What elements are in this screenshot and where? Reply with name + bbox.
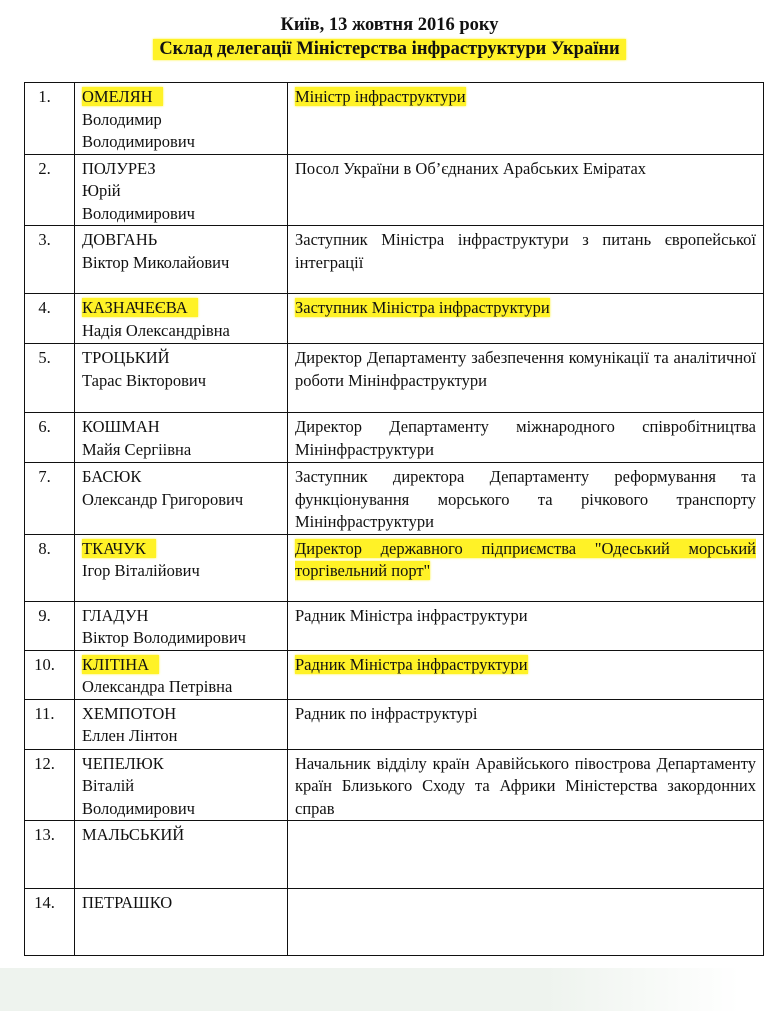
position-cell: Радник Міністра інфраструктури <box>288 601 764 650</box>
person-given-name: Майя Сергіівна <box>82 439 280 462</box>
table-row: 6.КОШМАНМайя СергіівнаДиректор Департаме… <box>25 413 764 463</box>
person-surname: МАЛЬСЬКИЙ <box>82 825 184 844</box>
position-cell <box>288 821 764 889</box>
position-text: Посол України в Об’єднаних Арабських Емі… <box>295 159 646 178</box>
person-name-cell: КАЗНАЧЕЄВАНадія Олександрівна <box>75 294 288 344</box>
person-surname: ДОВГАНЬ <box>82 230 157 249</box>
person-surname: ОМЕЛЯН <box>82 87 163 106</box>
row-number: 5. <box>25 344 75 413</box>
person-name-cell: ХЕМПОТОНЕллен Лінтон <box>75 699 288 749</box>
position-text: Радник Міністра інфраструктури <box>295 606 528 625</box>
position-cell: Радник Міністра інфраструктури <box>288 650 764 699</box>
person-given-name: Надія Олександрівна <box>82 320 280 343</box>
table-row: 8.ТКАЧУКІгор ВіталійовичДиректор державн… <box>25 534 764 601</box>
person-given-name: Віталій <box>82 775 280 798</box>
person-name-cell: ТРОЦЬКИЙТарас Вікторович <box>75 344 288 413</box>
person-surname: КОШМАН <box>82 417 160 436</box>
person-surname: ТКАЧУК <box>82 539 156 558</box>
person-name-cell: БАСЮКОлександр Григорович <box>75 463 288 535</box>
person-name-cell: ПЕТРАШКО <box>75 889 288 956</box>
position-text: Заступник директора Департаменту реформу… <box>295 467 756 531</box>
position-text: Радник по інфраструктурі <box>295 704 477 723</box>
person-surname: ХЕМПОТОН <box>82 704 176 723</box>
row-number: 8. <box>25 534 75 601</box>
person-surname: КАЗНАЧЕЄВА <box>82 298 198 317</box>
person-given-name: Володимир <box>82 109 280 132</box>
position-cell <box>288 889 764 956</box>
table-row: 9.ГЛАДУНВіктор ВолодимировичРадник Мініс… <box>25 601 764 650</box>
row-number: 11. <box>25 699 75 749</box>
person-surname: ТРОЦЬКИЙ <box>82 348 170 367</box>
position-text: Директор Департаменту забезпечення комун… <box>295 348 756 390</box>
row-number: 2. <box>25 154 75 226</box>
person-name-cell: ГЛАДУНВіктор Володимирович <box>75 601 288 650</box>
position-text: Начальник відділу країн Аравійського пів… <box>295 754 756 818</box>
document-date-line: Київ, 13 жовтня 2016 року <box>0 15 779 36</box>
person-surname: ГЛАДУН <box>82 606 148 625</box>
person-given-name: Тарас Вікторович <box>82 370 280 393</box>
row-number: 1. <box>25 83 75 155</box>
table-row: 14.ПЕТРАШКО <box>25 889 764 956</box>
person-given-name: Юрій <box>82 180 280 203</box>
position-text: Радник Міністра інфраструктури <box>295 655 528 674</box>
position-cell: Заступник директора Департаменту реформу… <box>288 463 764 535</box>
position-text: Заступник Міністра інфраструктури <box>295 298 550 317</box>
table-row: 5.ТРОЦЬКИЙТарас ВікторовичДиректор Депар… <box>25 344 764 413</box>
person-name-cell: МАЛЬСЬКИЙ <box>75 821 288 889</box>
person-name-cell: КЛІТІНАОлександра Петрівна <box>75 650 288 699</box>
position-cell: Начальник відділу країн Аравійського пів… <box>288 749 764 821</box>
row-number: 3. <box>25 226 75 294</box>
person-given-name: Олександр Григорович <box>82 489 280 512</box>
row-number: 9. <box>25 601 75 650</box>
person-given-name: Еллен Лінтон <box>82 725 280 748</box>
document-title: Склад делегації Міністерства інфраструкт… <box>0 39 779 60</box>
table-row: 13.МАЛЬСЬКИЙ <box>25 821 764 889</box>
person-surname: ПОЛУРЕЗ <box>82 159 156 178</box>
position-cell: Посол України в Об’єднаних Арабських Емі… <box>288 154 764 226</box>
position-cell: Міністр інфраструктури <box>288 83 764 155</box>
person-patronymic-name: Володимирович <box>82 798 280 821</box>
person-given-name: Віктор Миколайович <box>82 252 280 275</box>
person-given-name: Віктор Володимирович <box>82 627 280 650</box>
position-cell: Директор Департаменту міжнародного співр… <box>288 413 764 463</box>
person-name-cell: ЧЕПЕЛЮКВіталійВолодимирович <box>75 749 288 821</box>
table-row: 10.КЛІТІНАОлександра ПетрівнаРадник Міні… <box>25 650 764 699</box>
row-number: 6. <box>25 413 75 463</box>
table-row: 3.ДОВГАНЬВіктор МиколайовичЗаступник Мін… <box>25 226 764 294</box>
person-patronymic-name: Володимирович <box>82 131 280 154</box>
position-text: Міністр інфраструктури <box>295 87 466 106</box>
position-text: Заступник Міністра інфраструктури з пита… <box>295 230 756 272</box>
row-number: 14. <box>25 889 75 956</box>
delegation-table: 1.ОМЕЛЯНВолодимирВолодимировичМіністр ін… <box>24 82 764 956</box>
person-name-cell: ДОВГАНЬВіктор Миколайович <box>75 226 288 294</box>
position-text: Директор Департаменту міжнародного співр… <box>295 417 756 459</box>
position-cell: Директор державного підприємства "Одеськ… <box>288 534 764 601</box>
person-name-cell: ПОЛУРЕЗЮрійВолодимирович <box>75 154 288 226</box>
table-row: 2.ПОЛУРЕЗЮрійВолодимировичПосол України … <box>25 154 764 226</box>
page-bottom-background <box>0 968 779 1011</box>
person-name-cell: ТКАЧУКІгор Віталійович <box>75 534 288 601</box>
table-row: 1.ОМЕЛЯНВолодимирВолодимировичМіністр ін… <box>25 83 764 155</box>
position-cell: Заступник Міністра інфраструктури <box>288 294 764 344</box>
position-text: Директор державного підприємства "Одеськ… <box>295 539 756 581</box>
person-given-name: Олександра Петрівна <box>82 676 280 699</box>
row-number: 7. <box>25 463 75 535</box>
person-name-cell: КОШМАНМайя Сергіівна <box>75 413 288 463</box>
table-row: 7.БАСЮКОлександр ГригоровичЗаступник дир… <box>25 463 764 535</box>
position-cell: Заступник Міністра інфраструктури з пита… <box>288 226 764 294</box>
person-given-name: Ігор Віталійович <box>82 560 280 583</box>
row-number: 12. <box>25 749 75 821</box>
table-row: 11.ХЕМПОТОНЕллен ЛінтонРадник по інфраст… <box>25 699 764 749</box>
document-title-text: Склад делегації Міністерства інфраструкт… <box>153 39 625 60</box>
person-name-cell: ОМЕЛЯНВолодимирВолодимирович <box>75 83 288 155</box>
person-surname: ЧЕПЕЛЮК <box>82 754 164 773</box>
person-surname: БАСЮК <box>82 467 141 486</box>
person-surname: ПЕТРАШКО <box>82 893 172 912</box>
table-row: 4.КАЗНАЧЕЄВАНадія ОлександрівнаЗаступник… <box>25 294 764 344</box>
position-cell: Директор Департаменту забезпечення комун… <box>288 344 764 413</box>
row-number: 13. <box>25 821 75 889</box>
table-row: 12.ЧЕПЕЛЮКВіталійВолодимировичНачальник … <box>25 749 764 821</box>
person-patronymic-name: Володимирович <box>82 203 280 226</box>
person-surname: КЛІТІНА <box>82 655 159 674</box>
position-cell: Радник по інфраструктурі <box>288 699 764 749</box>
row-number: 4. <box>25 294 75 344</box>
row-number: 10. <box>25 650 75 699</box>
